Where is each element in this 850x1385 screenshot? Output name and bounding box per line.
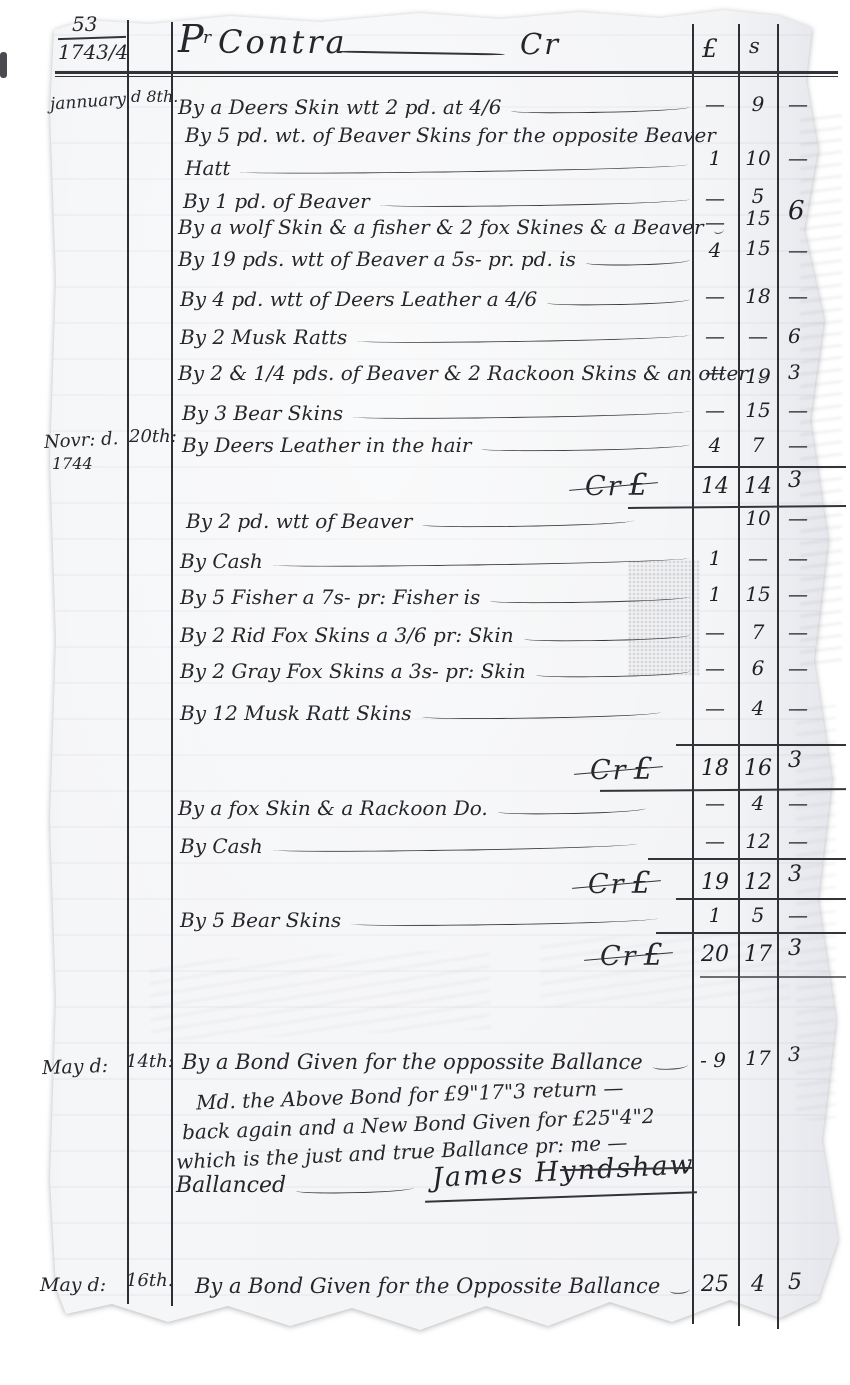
entry-rule-line — [353, 406, 690, 420]
entry-text: By a Bond Given for the oppossite Ballan… — [182, 1051, 643, 1074]
entry-rule-line — [670, 1284, 690, 1294]
amount-pounds: 1 — [694, 584, 736, 604]
subtotal-pence: 3 — [780, 864, 846, 886]
amount-pounds: 1 — [694, 148, 736, 168]
entry-rule-line — [422, 515, 634, 528]
subtotal-pence: 3 — [780, 938, 846, 960]
subtotal-shillings: 12 — [741, 872, 775, 894]
subtotal-cr-label: Cr — [585, 471, 623, 502]
subtotal-cr-label: Cr — [590, 755, 628, 786]
amount-shillings: 7 — [741, 622, 775, 642]
amount-pounds: — — [694, 793, 736, 813]
subtotal-pounds: 20 — [694, 944, 736, 966]
entry-text: By 19 pds. wtt of Beaver a 5s- pr. pd. i… — [178, 248, 576, 270]
subtotal-cr-mark: Cr£ — [600, 938, 665, 973]
amount-pence: — — [780, 584, 846, 604]
entry-text: By 5 Bear Skins — [180, 909, 341, 931]
ledger-vline-date — [127, 20, 129, 1304]
ledger-entry-row: By 2 Gray Fox Skins a 3s- pr: Skin — [180, 656, 692, 682]
ledger-entry-row: By 12 Musk Ratt Skins — [180, 698, 662, 724]
ledger-entry-row: By 19 pds. wtt of Beaver a 5s- pr. pd. i… — [178, 244, 692, 270]
subtotal-pound-sign: £ — [644, 938, 665, 973]
entry-text-line2: Hatt — [185, 157, 230, 179]
entry-text: By 3 Bear Skins — [182, 402, 343, 424]
amount-pounds: 4 — [694, 240, 736, 260]
amount-pence: 3 — [780, 362, 846, 382]
entry-rule-line — [490, 592, 690, 604]
entry-text: By 2 Musk Ratts — [180, 326, 347, 348]
ledger-entry-row: By 2 & 1/4 pds. of Beaver & 2 Rackoon Sk… — [178, 358, 692, 384]
amount-shillings: 7 — [741, 435, 775, 455]
amount-pence: — — [780, 622, 846, 642]
amount-pounds: 1 — [694, 548, 736, 568]
amount-pence: — — [780, 548, 846, 568]
amount-shillings: 12 — [741, 831, 775, 851]
entry-day: 14th: — [126, 1053, 174, 1071]
entry-rule-line — [240, 160, 688, 175]
entry-text: By Cash — [180, 835, 263, 857]
amount-pence: — — [780, 698, 846, 718]
amount-pence: — — [780, 400, 846, 420]
entry-year: 1744 — [52, 456, 93, 472]
scan-edge-mark — [0, 52, 7, 78]
ledger-entry-row: By 5 Bear Skins — [180, 905, 660, 931]
entry-text: By 2 Rid Fox Skins a 3/6 pr: Skin — [180, 624, 514, 646]
entry-rule-line — [586, 255, 690, 266]
entry-rule-line — [653, 1060, 688, 1070]
ledger-entry-row: By Cash — [180, 831, 640, 857]
subtotal-pounds: 14 — [694, 476, 736, 498]
entry-text: By 5 Fisher a 7s- pr: Fisher is — [180, 586, 480, 608]
amount-pounds: — — [694, 286, 736, 306]
amount-shillings: 17 — [741, 1048, 775, 1068]
entry-rule-line — [273, 553, 690, 568]
entry-text: By 12 Musk Ratt Skins — [180, 702, 412, 724]
entry-rule-line — [547, 294, 690, 306]
amount-shillings: 15 — [741, 400, 775, 420]
amount-shillings: 4 — [741, 793, 775, 813]
amount-shillings: 6 — [741, 658, 775, 678]
ledger-entry-row: By a wolf Skin & a fisher & 2 fox Skines… — [178, 212, 692, 238]
amount-shillings: 15 — [741, 238, 775, 258]
entry-text: By 2 pd. wtt of Beaver — [186, 510, 412, 532]
header-rule-thin — [55, 76, 838, 77]
subtotal-pound-sign: £ — [634, 752, 655, 787]
amount-shillings: 10 — [741, 508, 775, 528]
entry-text: By 1 pd. of Beaver — [183, 190, 370, 212]
entry-month: May d: — [42, 1057, 109, 1078]
ledger-entry-row: By Cash — [180, 546, 692, 572]
cr-flourish: Cr — [520, 30, 560, 59]
entry-text: By Deers Leather in the hair — [182, 434, 471, 456]
subtotal-pound-sign: £ — [629, 468, 650, 503]
amount-pence: 3 — [780, 1044, 846, 1064]
ledger-vline-shillings — [738, 24, 740, 1326]
page-number: 53 — [72, 14, 97, 34]
ledger-entry-row: By 2 Musk Ratts — [180, 322, 692, 348]
amount-pounds: — — [694, 362, 736, 382]
per-contra-mark-sup: r — [203, 30, 211, 47]
entry-rule-line — [524, 630, 690, 642]
ledger-entry-row: Hatt — [185, 153, 690, 179]
amount-shillings: 19 — [741, 366, 775, 386]
entry-day: 16th. — [126, 1272, 173, 1290]
amount-pounds: — — [694, 212, 736, 232]
amount-pounds: — — [694, 658, 736, 678]
entry-day: 20th: — [129, 428, 177, 446]
subtotal-line-above — [656, 932, 846, 934]
entry-rule-line — [380, 194, 690, 208]
entry-month: May d: — [40, 1276, 106, 1295]
entry-month: Novr: d. — [44, 430, 119, 452]
amount-pence: — — [780, 435, 846, 455]
amount-pence: 6 — [780, 198, 846, 224]
ledger-entry-row: By 2 pd. wtt of Beaver — [186, 506, 636, 532]
per-contra-mark: P — [178, 20, 204, 58]
memo-line: Ballanced — [176, 1174, 286, 1198]
entry-day: d 8th. — [131, 89, 178, 105]
amount-pounds: — — [694, 622, 736, 642]
amount-pence: — — [780, 94, 846, 114]
page-title: Contra — [218, 26, 348, 58]
entry-rule-line — [273, 839, 638, 853]
entry-rule-line — [351, 913, 658, 927]
amount-shillings: 15 — [741, 584, 775, 604]
subtotal-pounds: 19 — [694, 872, 736, 894]
amount-pounds: — — [694, 831, 736, 851]
entry-rule-line — [511, 102, 690, 114]
entry-text: By Cash — [180, 550, 263, 572]
entry-rule-line — [357, 330, 690, 344]
memo-ballanced-row: Ballanced — [176, 1172, 416, 1198]
subtotal-line-above — [648, 858, 846, 860]
amount-pounds: — — [694, 188, 736, 208]
amount-pence: — — [780, 508, 846, 528]
ledger-entry-row: By Deers Leather in the hair — [182, 430, 692, 456]
header-rule-heavy — [55, 71, 838, 74]
subtotal-line-above — [692, 466, 846, 468]
amount-shillings: 5 — [741, 905, 775, 925]
amount-pence: 6 — [780, 326, 846, 346]
amount-shillings: 9 — [741, 94, 775, 114]
ledger-entry-row: By 2 Rid Fox Skins a 3/6 pr: Skin — [180, 620, 692, 646]
ledger-entry-row: By a Deers Skin wtt 2 pd. at 4/6 — [178, 92, 692, 118]
subtotal-line-above — [676, 744, 846, 746]
amount-pounds: 4 — [694, 435, 736, 455]
subtotal-line-below — [700, 976, 846, 978]
subtotal-shillings: 17 — [741, 944, 775, 966]
entry-text: By a wolf Skin & a fisher & 2 fox Skines… — [178, 216, 704, 238]
amount-pounds: — — [694, 698, 736, 718]
entry-rule-line — [296, 1183, 414, 1194]
ledger-entry-row: By 3 Bear Skins — [182, 398, 692, 424]
amount-shillings: 4 — [741, 1274, 775, 1296]
subtotal-cr-mark: Cr£ — [585, 468, 650, 503]
col-header-shillings: s — [749, 36, 760, 57]
amount-pence: — — [780, 148, 846, 168]
subtotal-pound-sign: £ — [632, 866, 653, 901]
entry-rule-line — [536, 666, 690, 678]
subtotal-cr-mark: Cr£ — [590, 752, 655, 787]
ledger-page-scan: 53 1743/4 P r Contra Cr £ s jannuary d 8… — [0, 0, 850, 1385]
entry-rule-line — [421, 707, 660, 720]
ledger-entry-row: By 4 pd. wtt of Deers Leather a 4/6 — [180, 284, 692, 310]
amount-pounds: 1 — [694, 905, 736, 925]
ledger-entry-row: By 5 Fisher a 7s- pr: Fisher is — [180, 582, 692, 608]
subtotal-shillings: 14 — [741, 476, 775, 498]
amount-shillings: 15 — [741, 208, 775, 228]
amount-shillings: — — [741, 326, 775, 346]
amount-pounds: 25 — [694, 1274, 736, 1296]
entry-text: By a Bond Given for the Oppossite Ballan… — [195, 1275, 660, 1298]
ledger-entry-row: By 5 pd. wt. of Beaver Skins for the opp… — [185, 120, 690, 146]
amount-shillings: 4 — [741, 698, 775, 718]
ledger-entry-row: By 1 pd. of Beaver — [183, 186, 692, 212]
amount-pounds: — — [694, 400, 736, 420]
entry-rule-line — [481, 439, 690, 452]
subtotal-pence: 3 — [780, 470, 846, 492]
amount-pounds: — — [694, 326, 736, 346]
amount-pence: — — [780, 286, 846, 306]
entry-text: By a Deers Skin wtt 2 pd. at 4/6 — [178, 96, 501, 118]
entry-rule-line — [498, 803, 646, 815]
amount-pence: — — [780, 658, 846, 678]
entry-text: By 5 pd. wt. of Beaver Skins for the opp… — [185, 124, 716, 146]
amount-pence: — — [780, 905, 846, 925]
ledger-vline-pence — [777, 24, 779, 1329]
subtotal-pence: 3 — [780, 750, 846, 772]
entry-text: By 2 & 1/4 pds. of Beaver & 2 Rackoon Sk… — [178, 362, 748, 384]
ledger-entry-row: By a Bond Given for the Oppossite Ballan… — [195, 1272, 692, 1298]
amount-pence: — — [780, 831, 846, 851]
amount-pounds: — — [694, 94, 736, 114]
subtotal-cr-label: Cr — [588, 869, 626, 900]
amount-shillings: 18 — [741, 286, 775, 306]
subtotal-cr-mark: Cr£ — [588, 866, 653, 901]
amount-pence: — — [780, 793, 846, 813]
subtotal-cr-label: Cr — [600, 941, 638, 972]
year-label: 1743/4 — [58, 42, 128, 62]
amount-pence: — — [780, 240, 846, 260]
entry-text: By a fox Skin & a Rackoon Do. — [178, 797, 488, 819]
subtotal-pounds: 18 — [694, 758, 736, 780]
ledger-entry-row: By a Bond Given for the oppossite Ballan… — [182, 1048, 690, 1074]
ledger-entry-row: By a fox Skin & a Rackoon Do. — [178, 793, 648, 819]
amount-shillings: 10 — [741, 148, 775, 168]
amount-pence: 5 — [780, 1272, 846, 1294]
ledger-vline-day — [171, 22, 173, 1306]
subtotal-line-below — [676, 898, 846, 900]
subtotal-shillings: 16 — [741, 758, 775, 780]
amount-shillings: 5 — [741, 186, 775, 206]
amount-pounds: - 9 — [688, 1050, 738, 1070]
entry-text: By 2 Gray Fox Skins a 3s- pr: Skin — [180, 660, 526, 682]
amount-shillings: — — [741, 548, 775, 568]
entry-text: By 4 pd. wtt of Deers Leather a 4/6 — [180, 288, 537, 310]
col-header-pounds: £ — [702, 36, 718, 61]
